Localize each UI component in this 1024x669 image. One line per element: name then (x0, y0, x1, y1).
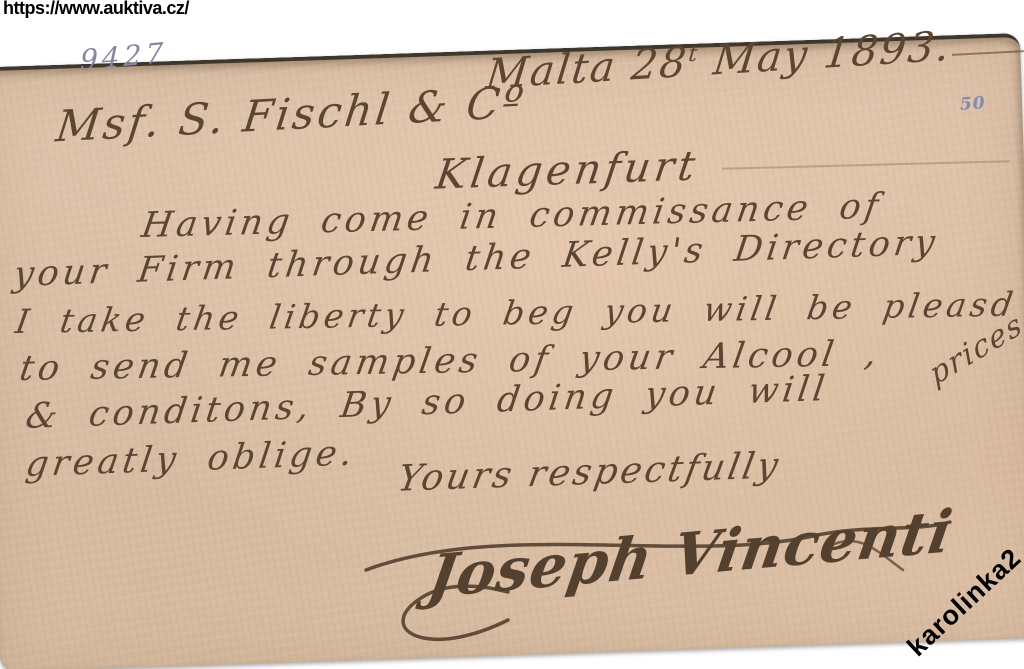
dealer-price-mark: 50 (959, 93, 986, 115)
auction-site-url-watermark: https://www.auktiva.cz/ (3, 0, 189, 19)
destination-city: Klagenfurt (433, 141, 702, 198)
scanned-postcard-photo: https://www.auktiva.cz/ 9427 Malta 28t M… (0, 0, 1024, 669)
